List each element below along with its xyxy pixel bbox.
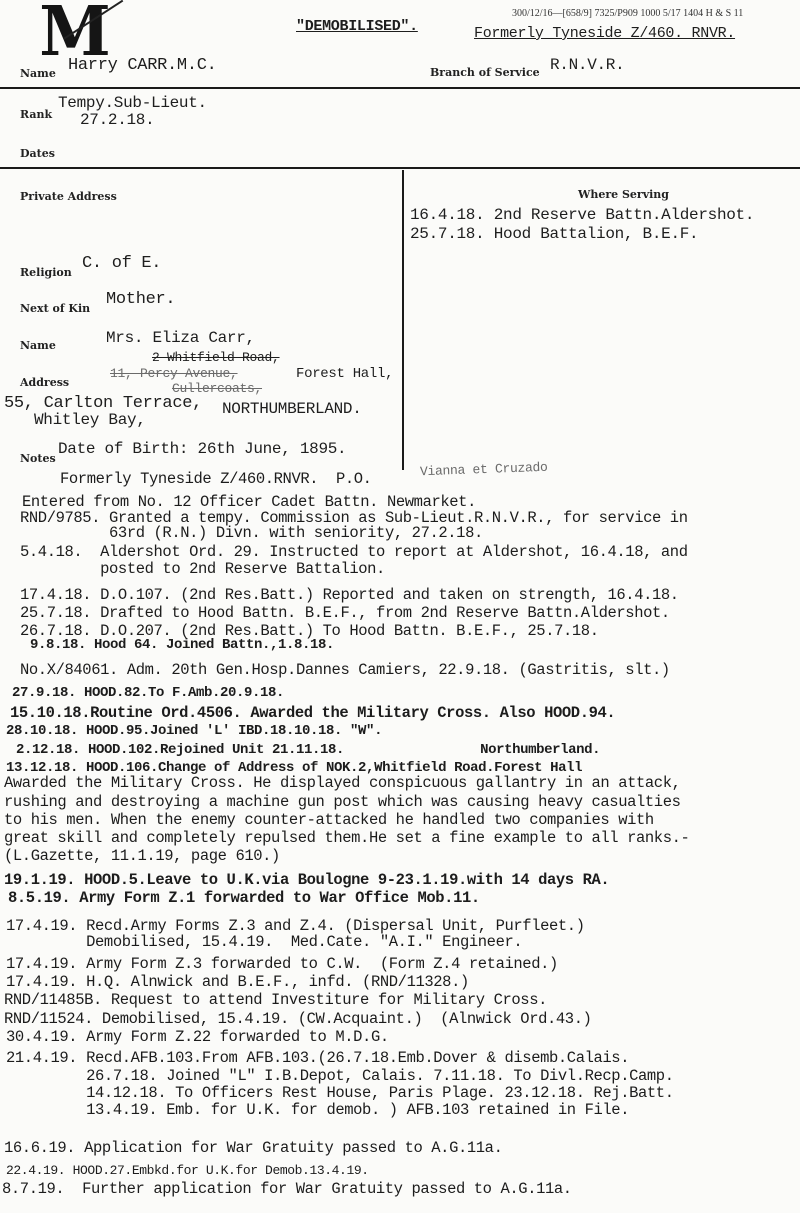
faint-annotation: Vianna et Cruzado <box>420 460 548 479</box>
log-line: 26.7.18. Joined "L" I.B.Depot, Calais. 7… <box>6 1067 674 1085</box>
log-line: 17.4.19. H.Q. Alnwick and B.E.F., infd. … <box>6 973 469 991</box>
label-kin-name: Name <box>20 339 56 352</box>
former-unit: Formerly Tyneside Z/460. RNVR. <box>474 25 735 42</box>
log-line: 63rd (R.N.) Divn. with seniority, 27.2.1… <box>20 524 483 542</box>
log-line: 22.4.19. HOOD.27.Embkd.for U.K.for Demob… <box>6 1163 369 1178</box>
label-where-serving: Where Serving <box>578 188 669 201</box>
label-dates: Dates <box>20 147 55 160</box>
log-line: 8.7.19. Further application for War Grat… <box>2 1180 572 1198</box>
address-struck-line-1: 11, Percy Avenue, <box>110 366 238 381</box>
officer-name: Harry CARR.M.C. <box>68 56 217 75</box>
log-line: 17.4.18. D.O.107. (2nd Res.Batt.) Report… <box>20 586 679 604</box>
column-divider <box>402 170 404 470</box>
log-line: 14.12.18. To Officers Rest House, Paris … <box>6 1084 674 1102</box>
divider-name <box>0 87 800 89</box>
log-line: 5.4.18. Aldershot Ord. 29. Instructed to… <box>20 543 688 561</box>
log-line: posted to 2nd Reserve Battalion. <box>20 560 385 578</box>
label-notes: Notes <box>20 452 56 465</box>
label-branch: Branch of Service <box>430 66 540 79</box>
branch-of-service: R.N.V.R. <box>550 56 624 74</box>
log-line: Demobilised, 15.4.19. Med.Cate. "A.I." E… <box>6 933 522 951</box>
log-line: 8.5.19. Army Form Z.1 forwarded to War O… <box>8 889 480 907</box>
log-line: 28.10.18. HOOD.95.Joined 'L' IBD.18.10.1… <box>6 723 382 739</box>
log-line: 21.4.19. Recd.AFB.103.From AFB.103.(26.7… <box>6 1049 629 1067</box>
kin-name-value: Mrs. Eliza Carr, <box>106 329 255 347</box>
log-line: 17.4.19. Army Form Z.3 forwarded to C.W.… <box>6 955 558 973</box>
rank-value: Tempy.Sub-Lieut. <box>58 94 207 112</box>
next-of-kin-value: Mother. <box>106 290 175 309</box>
address-line-b: Whitley Bay, <box>34 411 146 429</box>
log-line: rushing and destroying a machine gun pos… <box>4 793 681 811</box>
log-line: 2.12.18. HOOD.102.Rejoined Unit 21.11.18… <box>16 742 600 758</box>
where-serving-2: 25.7.18. Hood Battalion, B.E.F. <box>410 225 698 243</box>
label-private-address: Private Address <box>20 190 117 203</box>
log-line: 27.9.18. HOOD.82.To F.Amb.20.9.18. <box>12 685 284 701</box>
address-forest-hall: Forest Hall, <box>296 366 393 382</box>
log-line: 30.4.19. Army Form Z.22 forwarded to M.D… <box>6 1028 389 1046</box>
log-line: 16.6.19. Application for War Gratuity pa… <box>4 1139 503 1157</box>
log-line: 15.10.18.Routine Ord.4506. Awarded the M… <box>10 704 615 722</box>
log-line: 13.4.19. Emb. for U.K. for demob. ) AFB.… <box>6 1101 629 1119</box>
log-line: RND/11524. Demobilised, 15.4.19. (CW.Acq… <box>4 1010 592 1028</box>
label-address: Address <box>20 376 69 389</box>
log-line: Awarded the Military Cross. He displayed… <box>4 774 681 792</box>
label-rank: Rank <box>20 108 52 121</box>
religion-value: C. of E. <box>82 254 161 273</box>
address-new-line: 2 Whitfield Road, <box>152 350 280 365</box>
label-next-of-kin: Next of Kin <box>20 302 90 315</box>
divider-dates <box>0 167 800 169</box>
log-line: to his men. When the enemy counter-attac… <box>4 811 654 829</box>
where-serving-1: 16.4.18. 2nd Reserve Battn.Aldershot. <box>410 206 754 224</box>
log-line: great skill and completely repulsed them… <box>4 829 689 847</box>
print-reference: 300/12/16—[658/9] 7325/P909 1000 5/17 14… <box>512 8 743 19</box>
demobilised-status: "DEMOBILISED". <box>296 18 418 35</box>
address-county: NORTHUMBERLAND. <box>222 400 362 418</box>
notes-value: Date of Birth: 26th June, 1895. <box>58 440 346 458</box>
rank-date: 27.2.18. <box>80 111 154 129</box>
log-line: RND/11485B. Request to attend Investitur… <box>4 991 547 1009</box>
log-line: 19.1.19. HOOD.5.Leave to U.K.via Boulogn… <box>4 871 609 889</box>
log-line: 9.8.18. Hood 64. Joined Battn.,1.8.18. <box>30 637 334 653</box>
label-name: Name <box>20 67 56 80</box>
log-line: No.X/84061. Adm. 20th Gen.Hosp.Dannes Ca… <box>20 661 670 679</box>
label-religion: Religion <box>20 266 72 279</box>
log-line: 25.7.18. Drafted to Hood Battn. B.E.F., … <box>20 604 670 622</box>
stamp-letter-m: M <box>39 4 85 60</box>
log-line: Formerly Tyneside Z/460.RNVR. P.O. <box>60 470 372 488</box>
log-line: (L.Gazette, 11.1.19, page 610.) <box>4 847 280 865</box>
